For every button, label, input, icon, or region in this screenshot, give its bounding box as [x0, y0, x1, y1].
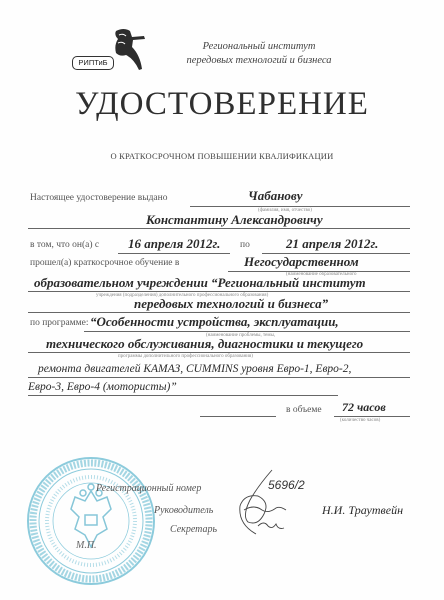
volume-label: в объеме	[286, 405, 322, 415]
program-label: по программе:	[30, 318, 89, 328]
institute-name: Региональный институт передовых технолог…	[174, 40, 344, 68]
program-line4-underline	[28, 395, 338, 396]
program-line1-underline	[84, 331, 410, 332]
official-seal-stamp-icon	[25, 455, 157, 587]
program-line2-value: технического обслуживания, диагностики и…	[46, 336, 363, 352]
seal-label: М.П.	[76, 540, 97, 551]
date-to-value: 21 апреля 2012г.	[286, 236, 378, 252]
issued-to-label: Настоящее удостоверение выдано	[30, 193, 167, 203]
document-title: УДОСТОВЕРЕНИЕ	[0, 86, 444, 123]
institute-line-2: передовых технологий и бизнеса	[174, 54, 344, 68]
program-line1-value: “Особенности устройства, эксплуатации,	[90, 314, 339, 330]
program-line4-value: Евро-3, Евро-4 (мотористы)”	[28, 381, 177, 393]
horse-logo-icon	[110, 27, 150, 72]
institute-line-1: Региональный институт	[174, 40, 344, 54]
document-subtitle: О КРАТКОСРОЧНОМ ПОВЫШЕНИИ КВАЛИФИКАЦИИ	[0, 151, 444, 161]
surname-value: Чабанову	[248, 188, 303, 204]
institution-line2-value: образовательном учреждении “Региональный…	[34, 275, 366, 291]
institution-line3-underline	[28, 312, 410, 313]
program-caption2: программы дополнительного профессиональн…	[118, 354, 253, 359]
name-underline	[28, 228, 410, 229]
program-line2-underline	[28, 352, 410, 353]
signature-scribble-icon	[228, 466, 298, 542]
head-name: Н.И. Траутвейн	[322, 503, 403, 518]
institution-label: прошел(а) краткосрочное обучение в	[30, 258, 179, 268]
secretary-label: Секретарь	[170, 524, 217, 535]
registration-number-label: Регистрационный номер	[96, 483, 201, 494]
volume-caption: (количество часов)	[340, 418, 380, 423]
logo-abbreviation: РИПТиБ	[72, 56, 114, 70]
volume-value: 72 часов	[342, 400, 386, 415]
date-from-value: 16 апреля 2012г.	[128, 236, 220, 252]
volume-underline	[334, 416, 410, 417]
period-from-label: в том, что он(а) с	[30, 240, 99, 250]
date-from-underline	[118, 253, 230, 254]
name-patronymic-value: Константину Александровичу	[146, 212, 323, 228]
head-label: Руководитель	[154, 505, 213, 516]
institution-line3-value: передовых технологий и бизнеса”	[134, 296, 328, 312]
program-line3-underline	[28, 377, 410, 378]
institution-line1-value: Негосударственном	[244, 254, 359, 270]
institution-line2-underline	[28, 291, 410, 292]
program-line3-value: ремонта двигателей КАМАЗ, CUMMINS уровня…	[38, 363, 351, 375]
volume-left-underline	[200, 416, 276, 417]
surname-underline	[190, 206, 410, 207]
period-to-label: по	[240, 240, 250, 250]
